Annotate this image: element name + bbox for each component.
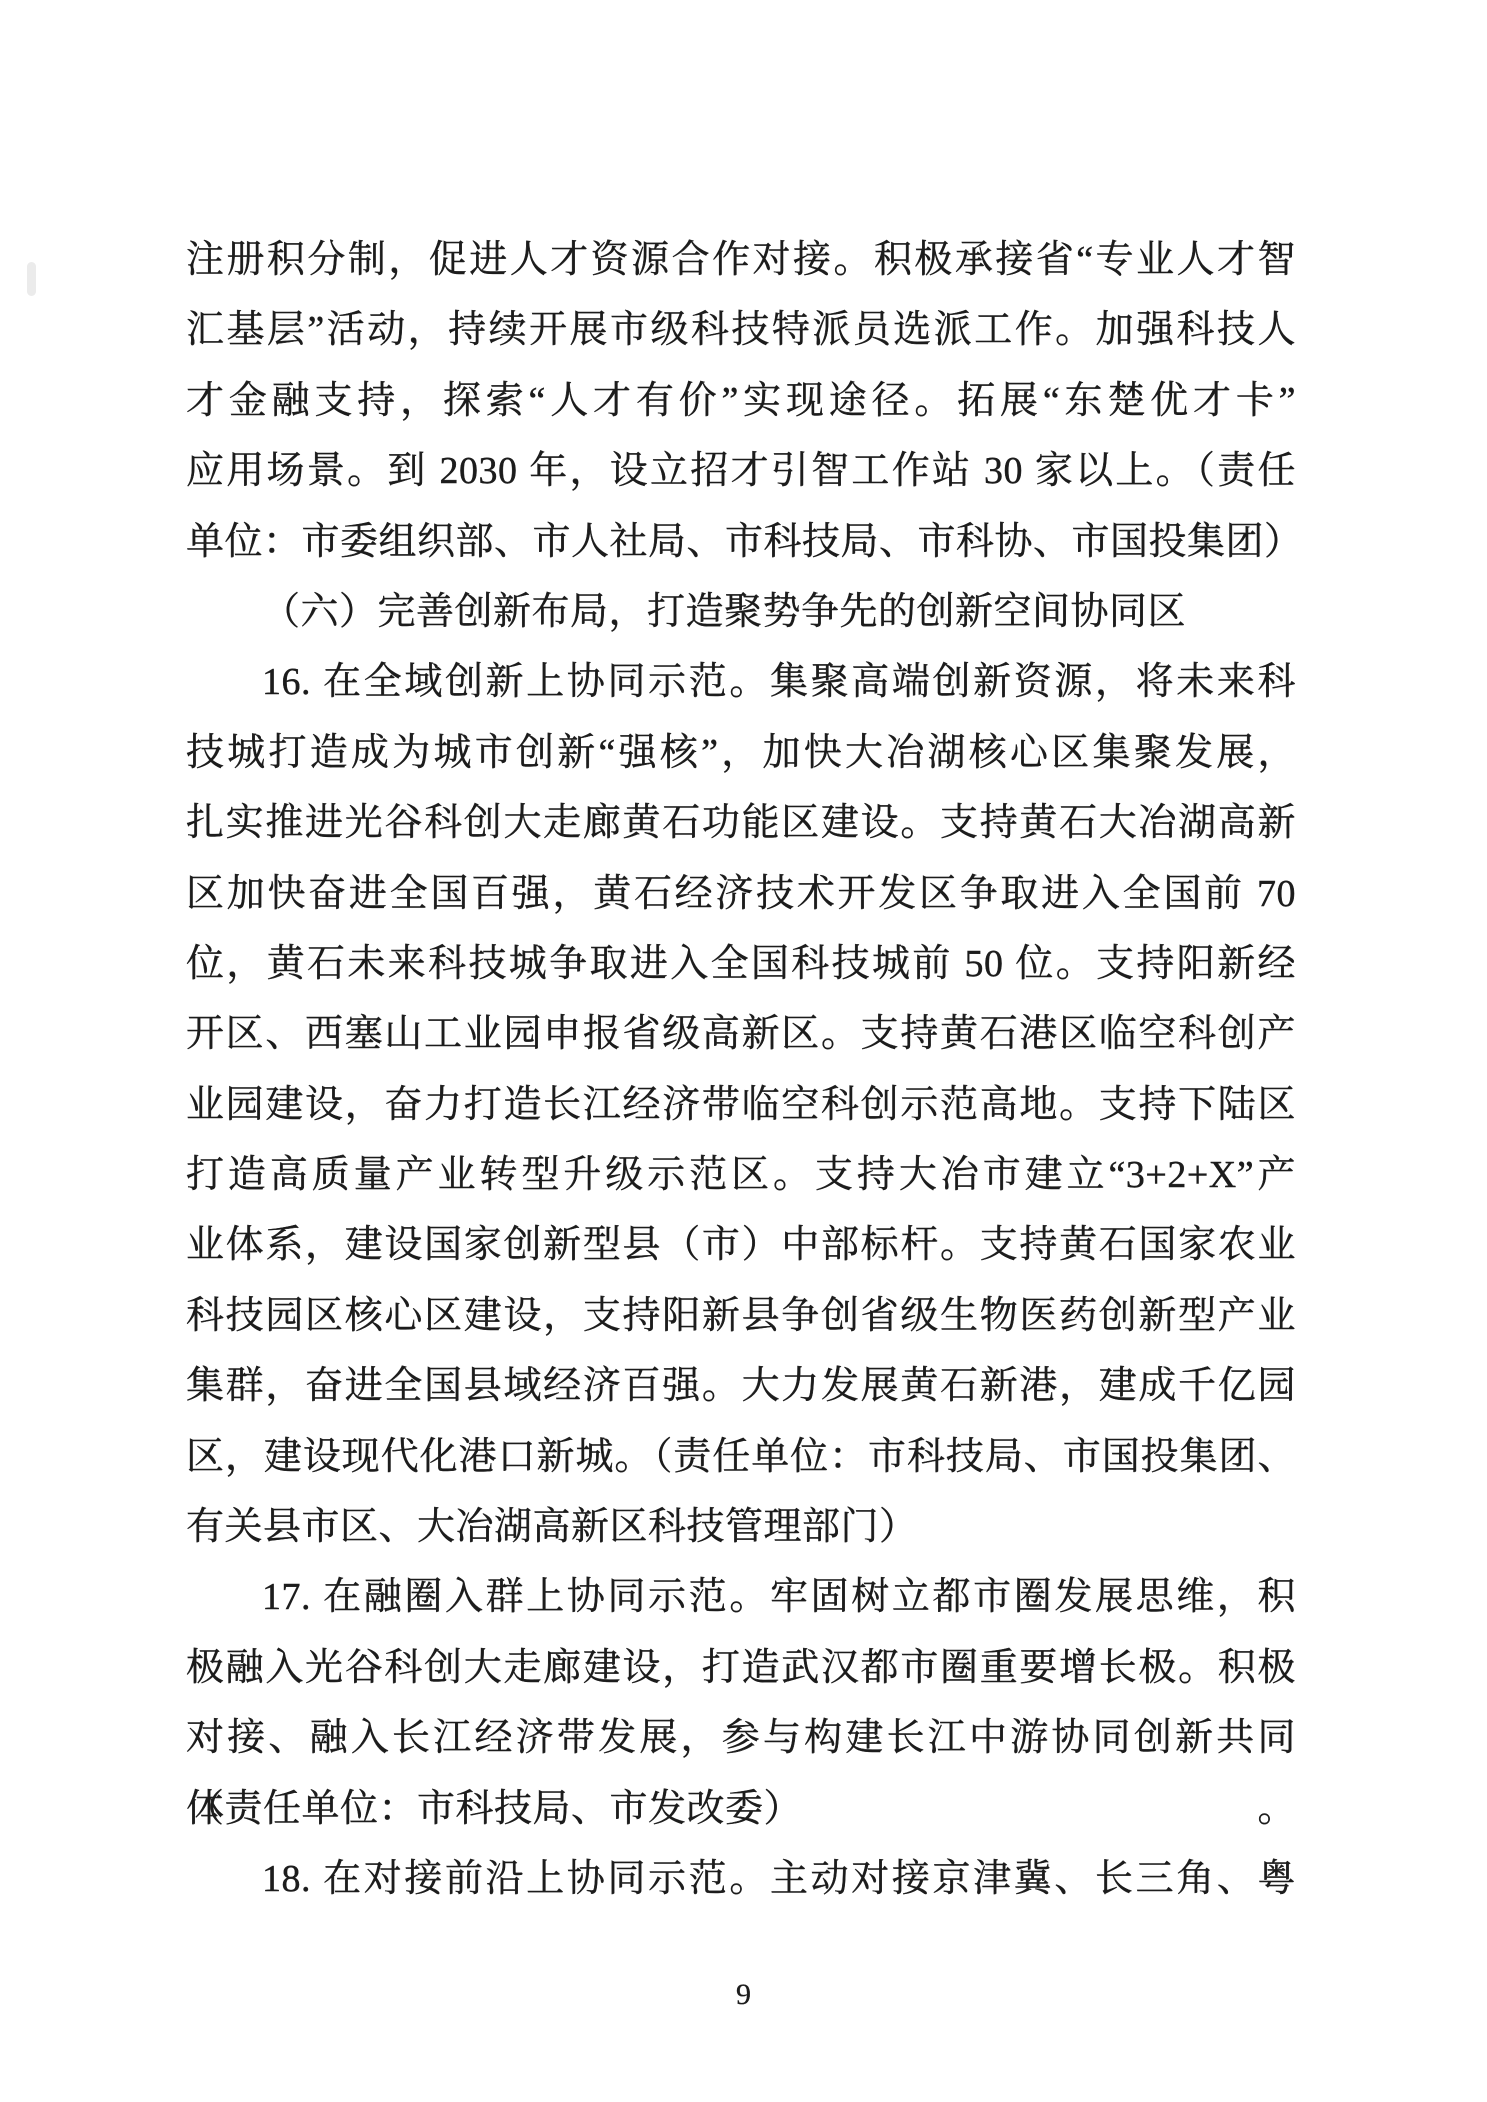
document-body: 注册积分制，促进人才资源合作对接。积极承接省“专业人才智汇基层”活动，持续开展市… — [186, 225, 1296, 1914]
text-line: 业园建设，奋力打造长江经济带临空科创示范高地。支持下陆区 — [186, 1070, 1296, 1140]
text-line: 汇基层”活动，持续开展市级科技特派员选派工作。加强科技人 — [186, 295, 1296, 365]
text-line: 18. 在对接前沿上协同示范。主动对接京津冀、长三角、粤 — [186, 1844, 1296, 1914]
text-line: 扎实推进光谷科创大走廊黄石功能区建设。支持黄石大冶湖高新 — [186, 788, 1296, 858]
text-line: 集群，奋进全国县域经济百强。大力发展黄石新港，建成千亿园 — [186, 1351, 1296, 1421]
text-line: 应用场景。到 2030 年，设立招才引智工作站 30 家以上。（责任 — [186, 436, 1296, 506]
document-page: 注册积分制，促进人才资源合作对接。积极承接省“专业人才智汇基层”活动，持续开展市… — [0, 0, 1487, 2102]
text-line: 区加快奋进全国百强，黄石经济技术开发区争取进入全国前 70 — [186, 859, 1296, 929]
text-line: 位，黄石未来科技城争取进入全国科技城前 50 位。支持阳新经 — [186, 929, 1296, 999]
text-line: 才金融支持，探索“人才有价”实现途径。拓展“东楚优才卡” — [186, 366, 1296, 436]
scan-artifact — [27, 262, 36, 296]
text-line: 单位：市委组织部、市人社局、市科技局、市科协、市国投集团） — [186, 507, 1296, 577]
text-line: 16. 在全域创新上协同示范。集聚高端创新资源，将未来科 — [186, 647, 1296, 717]
text-line: 注册积分制，促进人才资源合作对接。积极承接省“专业人才智 — [186, 225, 1296, 295]
text-line: 打造高质量产业转型升级示范区。支持大冶市建立“3+2+X”产 — [186, 1140, 1296, 1210]
text-line: 17. 在融圈入群上协同示范。牢固树立都市圈发展思维，积 — [186, 1562, 1296, 1632]
text-line: 区，建设现代化港口新城。（责任单位：市科技局、市国投集团、 — [186, 1422, 1296, 1492]
text-line: 对接、融入长江经济带发展，参与构建长江中游协同创新共同体。 — [186, 1703, 1296, 1773]
text-line: 业体系，建设国家创新型县（市）中部标杆。支持黄石国家农业 — [186, 1210, 1296, 1280]
text-line: 科技园区核心区建设，支持阳新县争创省级生物医药创新型产业 — [186, 1281, 1296, 1351]
text-line: 有关县市区、大冶湖高新区科技管理部门） — [186, 1492, 1296, 1562]
page-number: 9 — [0, 1978, 1487, 2012]
text-line: （六）完善创新布局，打造聚势争先的创新空间协同区 — [186, 577, 1296, 647]
text-line: 技城打造成为城市创新“强核”，加快大冶湖核心区集聚发展， — [186, 718, 1296, 788]
text-line: 开区、西塞山工业园申报省级高新区。支持黄石港区临空科创产 — [186, 999, 1296, 1069]
text-line: 极融入光谷科创大走廊建设，打造武汉都市圈重要增长极。积极 — [186, 1633, 1296, 1703]
